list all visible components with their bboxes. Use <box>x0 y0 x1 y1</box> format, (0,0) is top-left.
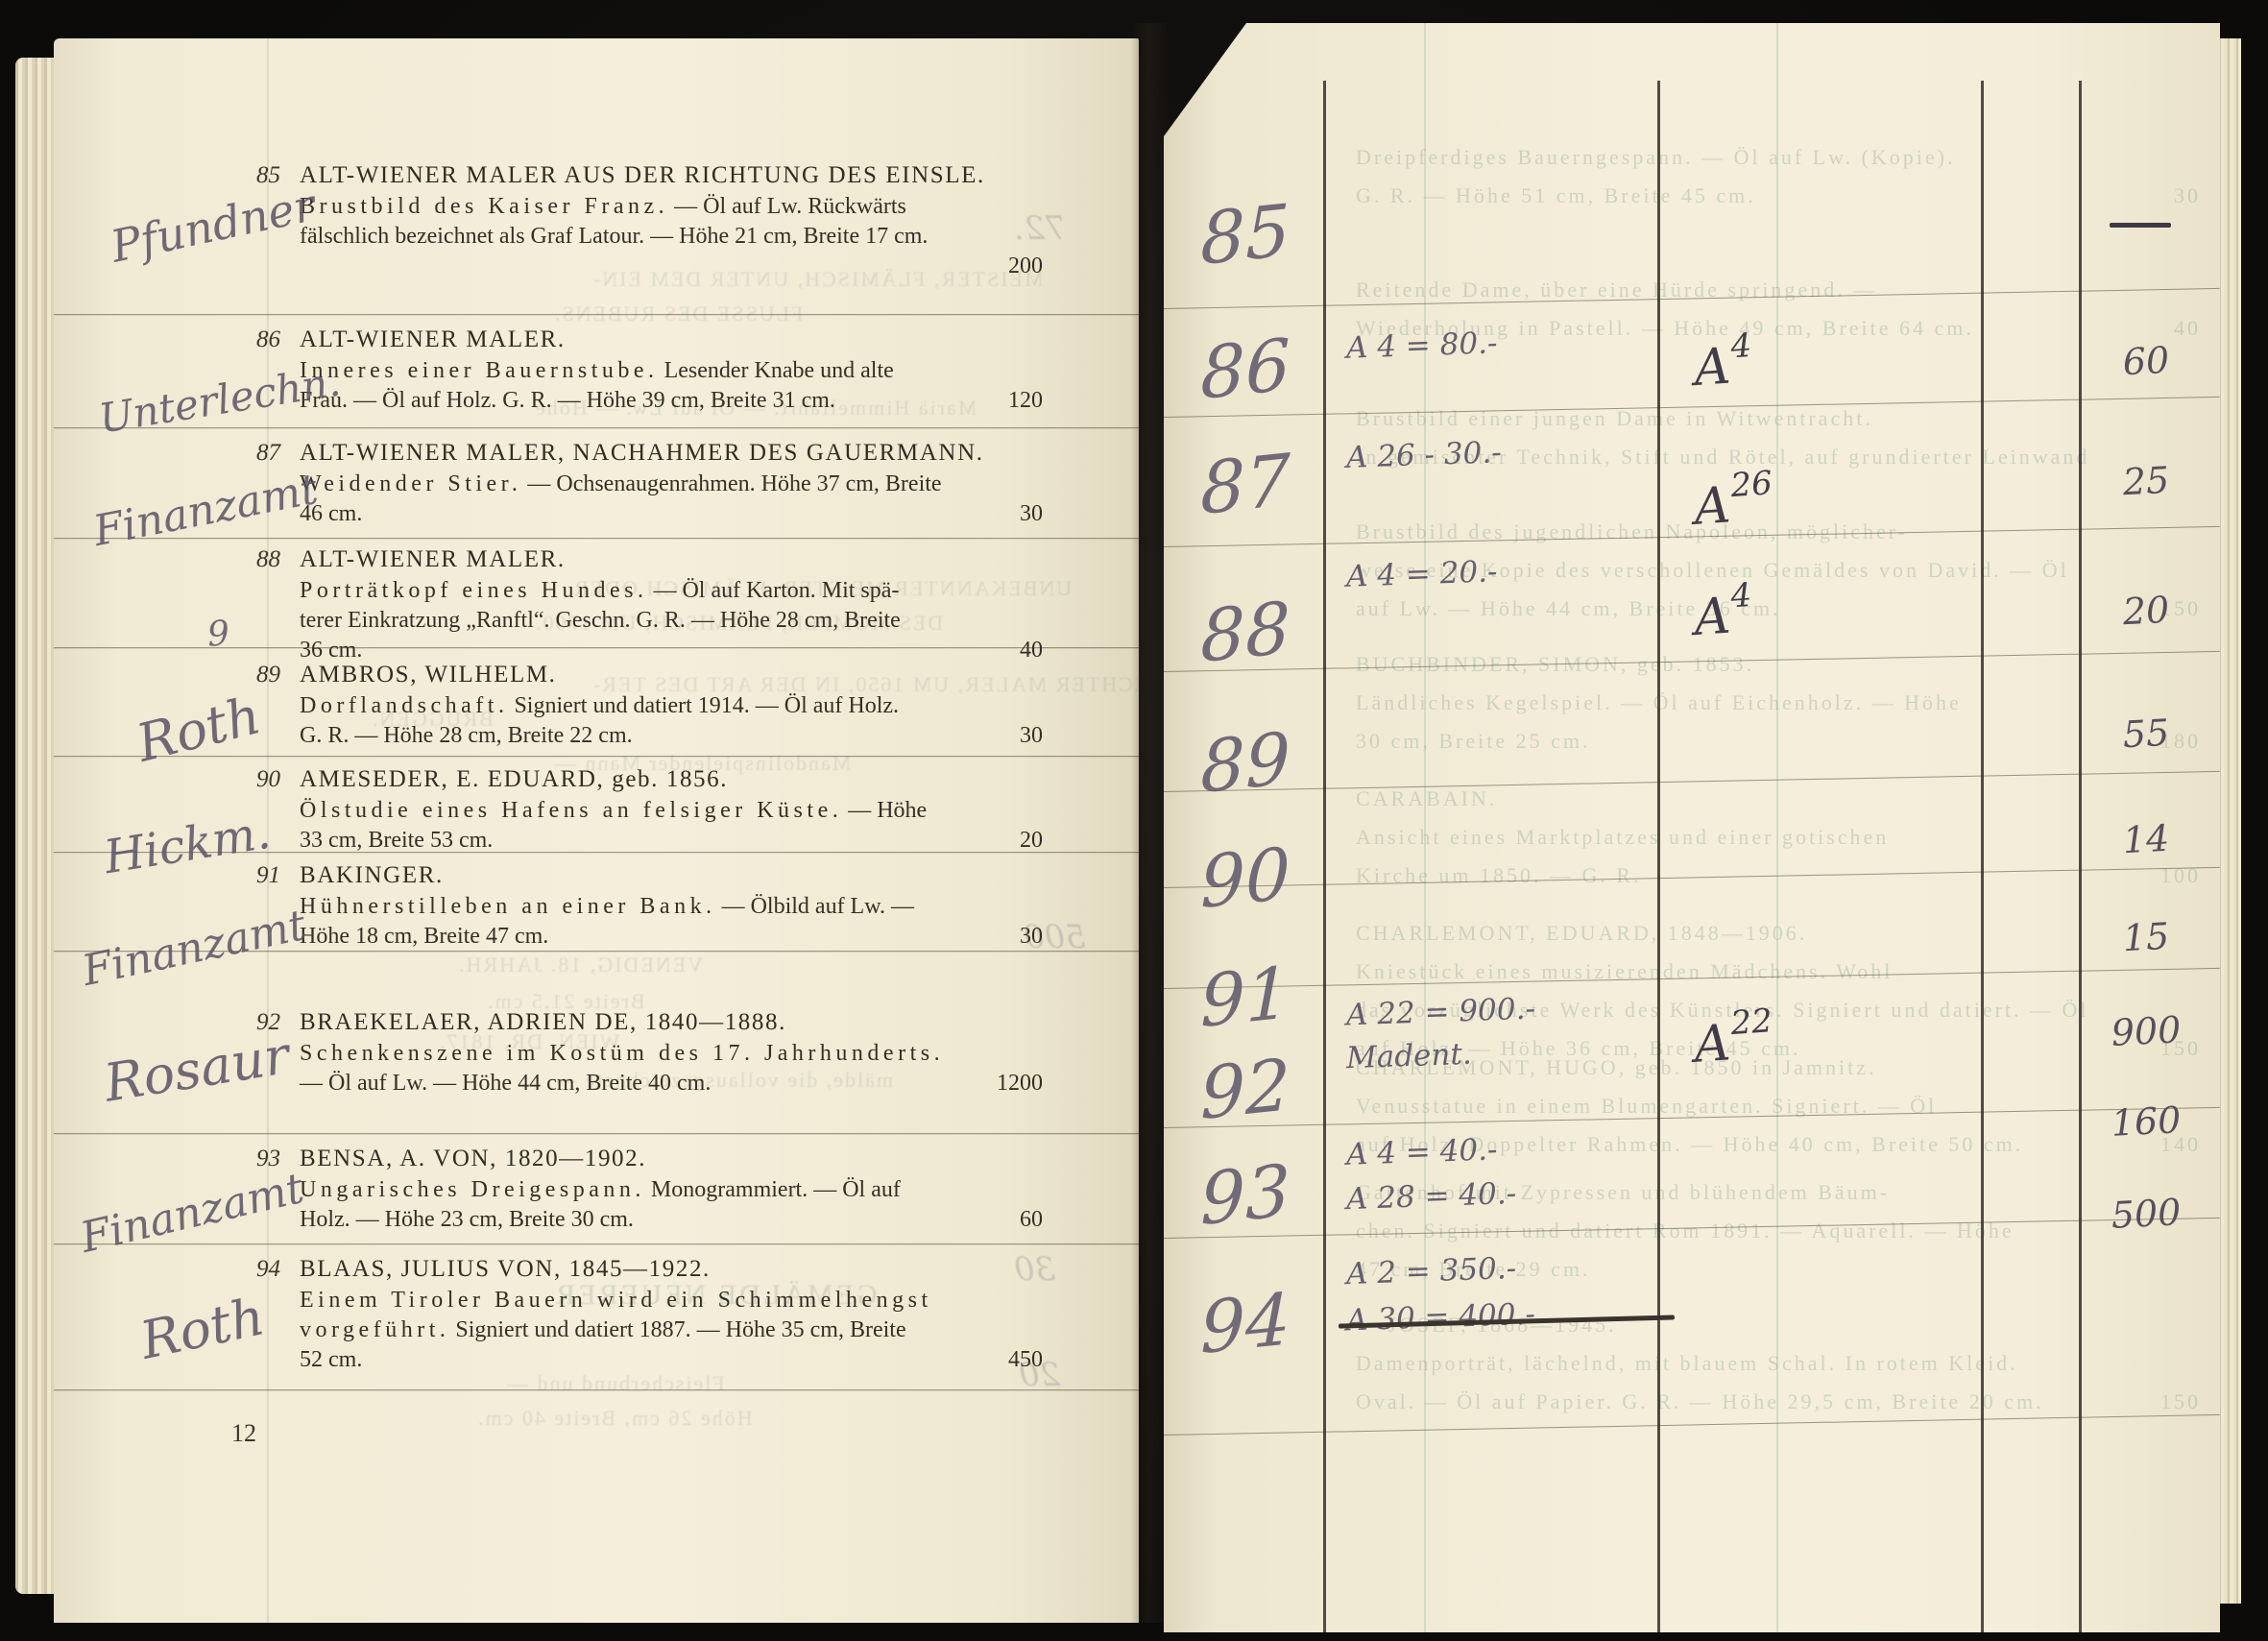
entry-artist-title: BRAEKELAER, ADRIEN DE, 1840—1888. <box>300 1006 1043 1039</box>
entry-artist-title: ALT-WIENER MALER AUS DER RICHTUNG DES EI… <box>300 159 1043 192</box>
entry-object-title: Dorflandschaft. <box>300 693 508 718</box>
handwritten-buyer-mark: A26 <box>1692 464 1776 537</box>
ghost-print-price: 30 <box>2028 177 2201 215</box>
entry-description-line: Dorflandschaft. Signiert und datiert 191… <box>300 691 1043 721</box>
entry-artist-title: ALT-WIENER MALER, NACHAHMER DES GAUERMAN… <box>300 437 1043 470</box>
ghost-print-line: 30 cm, Breite 25 cm. <box>1356 722 2086 760</box>
handwritten-lot-number: 89 <box>1173 714 1316 812</box>
handwritten-buyer-mark: A4 <box>1692 576 1755 647</box>
entry-description-line: Weidender Stier. — Ochsenaugenrahmen. Hö… <box>300 470 1043 499</box>
entry-description-line: 3046 cm. <box>300 499 1043 529</box>
entry-description: — Ochsenaugenrahmen. Höhe 37 cm, Breite <box>521 471 941 496</box>
ledger-column-rule <box>1981 81 1984 1632</box>
entry-description: Holz. — Höhe 23 cm, Breite 30 cm. <box>300 1207 634 1232</box>
entry-description-line: terer Einkratzung „Ranftl“. Geschn. G. R… <box>300 606 1043 636</box>
handwritten-buyer-mark: A22 <box>1692 1001 1776 1074</box>
handwritten-hammer-price: 55 <box>2083 710 2209 759</box>
entry-separator-rule <box>54 1389 1139 1390</box>
entry-object-title: Hühnerstilleben an einer Bank. <box>300 894 716 919</box>
entry-description: — Öl auf Karton. Mit spä- <box>647 578 899 603</box>
entry-description-line: vorgeführt. Signiert und datiert 1887. —… <box>300 1315 1043 1345</box>
entry-estimate-price: 200 <box>1008 252 1043 281</box>
entry-description: Signiert und datiert 1914. — Öl auf Holz… <box>508 693 899 718</box>
entry-artist-title: BENSA, A. VON, 1820—1902. <box>300 1143 1043 1175</box>
handwritten-hammer-price: 15 <box>2083 913 2209 962</box>
entry-description: — Höhe <box>842 798 927 823</box>
handwritten-hammer-price: 160 <box>2083 1098 2209 1146</box>
entry-estimate-price: 120 <box>1008 386 1043 416</box>
ghost-print-line: Ansicht eines Marktplatzes und einer got… <box>1356 818 2086 857</box>
book-page-edges-left <box>15 58 58 1594</box>
entry-text: BENSA, A. VON, 1820—1902.Ungarisches Dre… <box>300 1143 1043 1243</box>
entry-description: Monogrammiert. — Öl auf <box>645 1177 901 1202</box>
ghost-print-line: Venusstatue in einem Blumengarten. Signi… <box>1356 1087 2086 1125</box>
entry-description: fälschlich bezeichnet als Graf Latour. —… <box>300 224 928 249</box>
entry-description-line: 200 <box>300 252 1043 281</box>
ghost-print-line: Oval. — Öl auf Papier. G. R. — Höhe 29,5… <box>1356 1383 2086 1421</box>
margin-buyer-note: 9 <box>206 614 231 654</box>
page-number: 12 <box>231 1419 256 1448</box>
handwritten-buyer-mark: A4 <box>1692 326 1755 398</box>
ghost-print-line: Damenporträt, lächelnd, mit blauem Schal… <box>1356 1344 2086 1383</box>
entry-artist-title: ALT-WIENER MALER. <box>300 543 1043 576</box>
entry-artist-title: BLAAS, JULIUS VON, 1845—1922. <box>300 1253 1043 1286</box>
entry-object-title: Schenkenszene im Kostüm des 17. Jahrhund… <box>300 1041 944 1066</box>
entry-object-title: Weidender Stier. <box>300 471 521 496</box>
entry-estimate-price: 30 <box>1020 499 1043 529</box>
entry-description-line: Ungarisches Dreigespann. Monogrammiert. … <box>300 1175 1043 1205</box>
ghost-print-block: BUCHBINDER, SIMON, geb. 1853.Ländliches … <box>1356 645 2086 760</box>
entry-artist-title: AMESEDER, E. EDUARD, geb. 1856. <box>300 763 1043 796</box>
entry-description-line: Porträtkopf eines Hundes. — Öl auf Karto… <box>300 576 1043 606</box>
entry-estimate-price: 30 <box>1020 721 1043 751</box>
entry-description-line: 1200— Öl auf Lw. — Höhe 44 cm, Breite 40… <box>300 1069 1043 1098</box>
entry-object-title: Ungarisches Dreigespann. <box>300 1177 645 1202</box>
entry-description: — Öl auf Lw. — Höhe 44 cm, Breite 40 cm. <box>300 1071 711 1096</box>
ghost-print-block: Dreipferdiges Bauerngespann. — Öl auf Lw… <box>1356 138 2086 215</box>
entry-artist-title: ALT-WIENER MALER. <box>300 324 1043 356</box>
handwritten-annotation: Madent. <box>1345 1037 1472 1076</box>
entry-estimate-price: 1200 <box>997 1069 1043 1098</box>
entry-object-title: Brustbild des Kaiser Franz. <box>300 194 668 219</box>
entry-object-title: Porträtkopf eines Hundes. <box>300 578 647 603</box>
entry-description: Frau. — Öl auf Holz. G. R. — Höhe 39 cm,… <box>300 388 835 413</box>
auction-catalog-scan: 12 MEISTER, FLÄMISCH, UNTER DEM EIN-FLUS… <box>0 0 2268 1641</box>
handwritten-annotation: A 30 = 400.- <box>1345 1297 1535 1339</box>
entry-description-line: 60Holz. — Höhe 23 cm, Breite 30 cm. <box>300 1205 1043 1235</box>
handwritten-lot-number: 86 <box>1173 321 1316 419</box>
handwritten-lot-number: 93 <box>1173 1146 1316 1244</box>
annotation-right-page: Dreipferdiges Bauerngespann. — Öl auf Lw… <box>1164 23 2220 1632</box>
handwritten-lot-number: 87 <box>1173 436 1316 534</box>
buyer-mark-number: 22 <box>1729 1001 1773 1043</box>
handwritten-lot-number: 91 <box>1173 949 1316 1047</box>
handwritten-annotation: A 2 = 350.- <box>1345 1251 1516 1291</box>
entry-description-line: 30Höhe 18 cm, Breite 47 cm. <box>300 922 1043 952</box>
entry-object-title: Einem Tiroler Bauern wird ein Schimmelhe… <box>300 1288 932 1313</box>
handwritten-annotation: A 4 = 80.- <box>1345 326 1498 365</box>
entry-description-line: Brustbild des Kaiser Franz. — Öl auf Lw.… <box>300 192 1043 222</box>
entry-description-line: Hühnerstilleben an einer Bank. — Ölbild … <box>300 892 1043 922</box>
handwritten-annotation: A 26 - 30.- <box>1345 435 1502 475</box>
entry-artist-title: AMBROS, WILHELM. <box>300 659 1043 691</box>
ghost-print-line: Reitende Dame, über eine Hürde springend… <box>1356 271 2086 309</box>
ghost-print-line: Ländliches Kegelspiel. — Öl auf Eichenho… <box>1356 684 2086 722</box>
handwritten-annotation: A 22 = 900.- <box>1345 992 1535 1033</box>
entry-text: ALT-WIENER MALER.Inneres einer Bauernstu… <box>300 324 1043 427</box>
entry-estimate-price: 60 <box>1020 1205 1043 1235</box>
entry-text: BRAEKELAER, ADRIEN DE, 1840—1888.Schenke… <box>300 1006 1043 1133</box>
ghost-print-line: G. R. — Höhe 51 cm, Breite 45 cm. <box>1356 177 2086 215</box>
ghost-print-line: Höhe 26 cm, Breite 40 cm. <box>476 1406 753 1431</box>
handwritten-lot-number: 85 <box>1173 186 1316 284</box>
ledger-column-rule <box>2079 81 2082 1632</box>
handwritten-annotation: A 28 = 40.- <box>1345 1176 1516 1217</box>
buyer-mark-number: 4 <box>1729 576 1752 615</box>
handwritten-hammer-price: 500 <box>2083 1190 2209 1239</box>
entry-description: 33 cm, Breite 53 cm. <box>300 828 493 853</box>
entry-description: — Ölbild auf Lw. — <box>716 894 914 919</box>
handwritten-lot-number: 88 <box>1173 584 1316 682</box>
handwritten-lot-number: 90 <box>1173 830 1316 928</box>
handwritten-hammer-price: 14 <box>2083 815 2209 864</box>
handwritten-annotation: A 4 = 40.- <box>1345 1132 1498 1171</box>
handwritten-hammer-price: 25 <box>2083 457 2209 506</box>
ghost-print-price: 100 <box>2028 857 2201 895</box>
entry-text: ALT-WIENER MALER, NACHAHMER DES GAUERMAN… <box>300 437 1043 538</box>
entry-artist-title: BAKINGER. <box>300 859 1043 892</box>
entry-description-line: fälschlich bezeichnet als Graf Latour. —… <box>300 222 1043 252</box>
entry-text: BLAAS, JULIUS VON, 1845—1922.Einem Tirol… <box>300 1253 1043 1389</box>
ghost-print-block: CARABAIN.Ansicht eines Marktplatzes und … <box>1356 780 2086 895</box>
entry-text: ALT-WIENER MALER.Porträtkopf eines Hunde… <box>300 543 1043 647</box>
entry-description-line: 120Frau. — Öl auf Holz. G. R. — Höhe 39 … <box>300 386 1043 416</box>
catalog-left-page: 12 MEISTER, FLÄMISCH, UNTER DEM EIN-FLUS… <box>54 38 1139 1623</box>
handwritten-annotation: A 4 = 20.- <box>1345 554 1498 593</box>
ledger-column-rule <box>1657 81 1660 1632</box>
buyer-mark-number: 4 <box>1729 326 1752 366</box>
entry-description: terer Einkratzung „Ranftl“. Geschn. G. R… <box>300 608 901 633</box>
entry-lot-number: 88 <box>54 543 300 647</box>
ledger-column-rule <box>1323 81 1326 1632</box>
ghost-print-line: Dreipferdiges Bauerngespann. — Öl auf Lw… <box>1356 138 2086 177</box>
entry-description: Höhe 18 cm, Breite 47 cm. <box>300 924 548 949</box>
handwritten-hammer-price: 60 <box>2083 337 2209 386</box>
entry-description-line: Ölstudie eines Hafens an felsiger Küste.… <box>300 796 1043 826</box>
entry-description-line: 45052 cm. <box>300 1345 1043 1375</box>
handwritten-hammer-price: 20 <box>2083 587 2209 636</box>
entry-description-line: Schenkenszene im Kostüm des 17. Jahrhund… <box>300 1039 1043 1069</box>
entry-object-title: Inneres einer Bauernstube. <box>300 358 659 383</box>
entry-text: AMBROS, WILHELM.Dorflandschaft. Signiert… <box>300 659 1043 756</box>
handwritten-hammer-price: 900 <box>2083 1007 2209 1056</box>
entry-text: ALT-WIENER MALER AUS DER RICHTUNG DES EI… <box>300 159 1043 314</box>
entry-estimate-price: 30 <box>1020 922 1043 952</box>
handwritten-lot-number: 92 <box>1173 1041 1316 1139</box>
handwritten-price-dash <box>2110 223 2171 228</box>
ghost-print-line: CHARLEMONT, EDUARD, 1848—1906. <box>1356 914 2086 953</box>
entry-description-line: 30G. R. — Höhe 28 cm, Breite 22 cm. <box>300 721 1043 751</box>
entry-estimate-price: 450 <box>1008 1345 1043 1375</box>
entry-description-line: Einem Tiroler Bauern wird ein Schimmelhe… <box>300 1286 1043 1315</box>
entry-text: AMESEDER, E. EDUARD, geb. 1856.Ölstudie … <box>300 763 1043 852</box>
entry-object-title: vorgeführt. <box>300 1317 449 1342</box>
entry-text: BAKINGER.Hühnerstilleben an einer Bank. … <box>300 859 1043 951</box>
entry-description: Lesender Knabe und alte <box>659 358 894 383</box>
entry-description-line: Inneres einer Bauernstube. Lesender Knab… <box>300 356 1043 386</box>
entry-object-title: Ölstudie eines Hafens an felsiger Küste. <box>300 798 842 823</box>
catalog-entry: 88ALT-WIENER MALER.Porträtkopf eines Hun… <box>54 538 1043 647</box>
entry-description: — Öl auf Lw. Rückwärts <box>668 194 906 219</box>
entry-description: 52 cm. <box>300 1347 362 1372</box>
entry-description: G. R. — Höhe 28 cm, Breite 22 cm. <box>300 723 633 748</box>
handwritten-lot-number: 94 <box>1173 1275 1316 1373</box>
entry-description: Signiert und datiert 1887. — Höhe 35 cm,… <box>449 1317 905 1342</box>
buyer-mark-number: 26 <box>1729 464 1773 505</box>
